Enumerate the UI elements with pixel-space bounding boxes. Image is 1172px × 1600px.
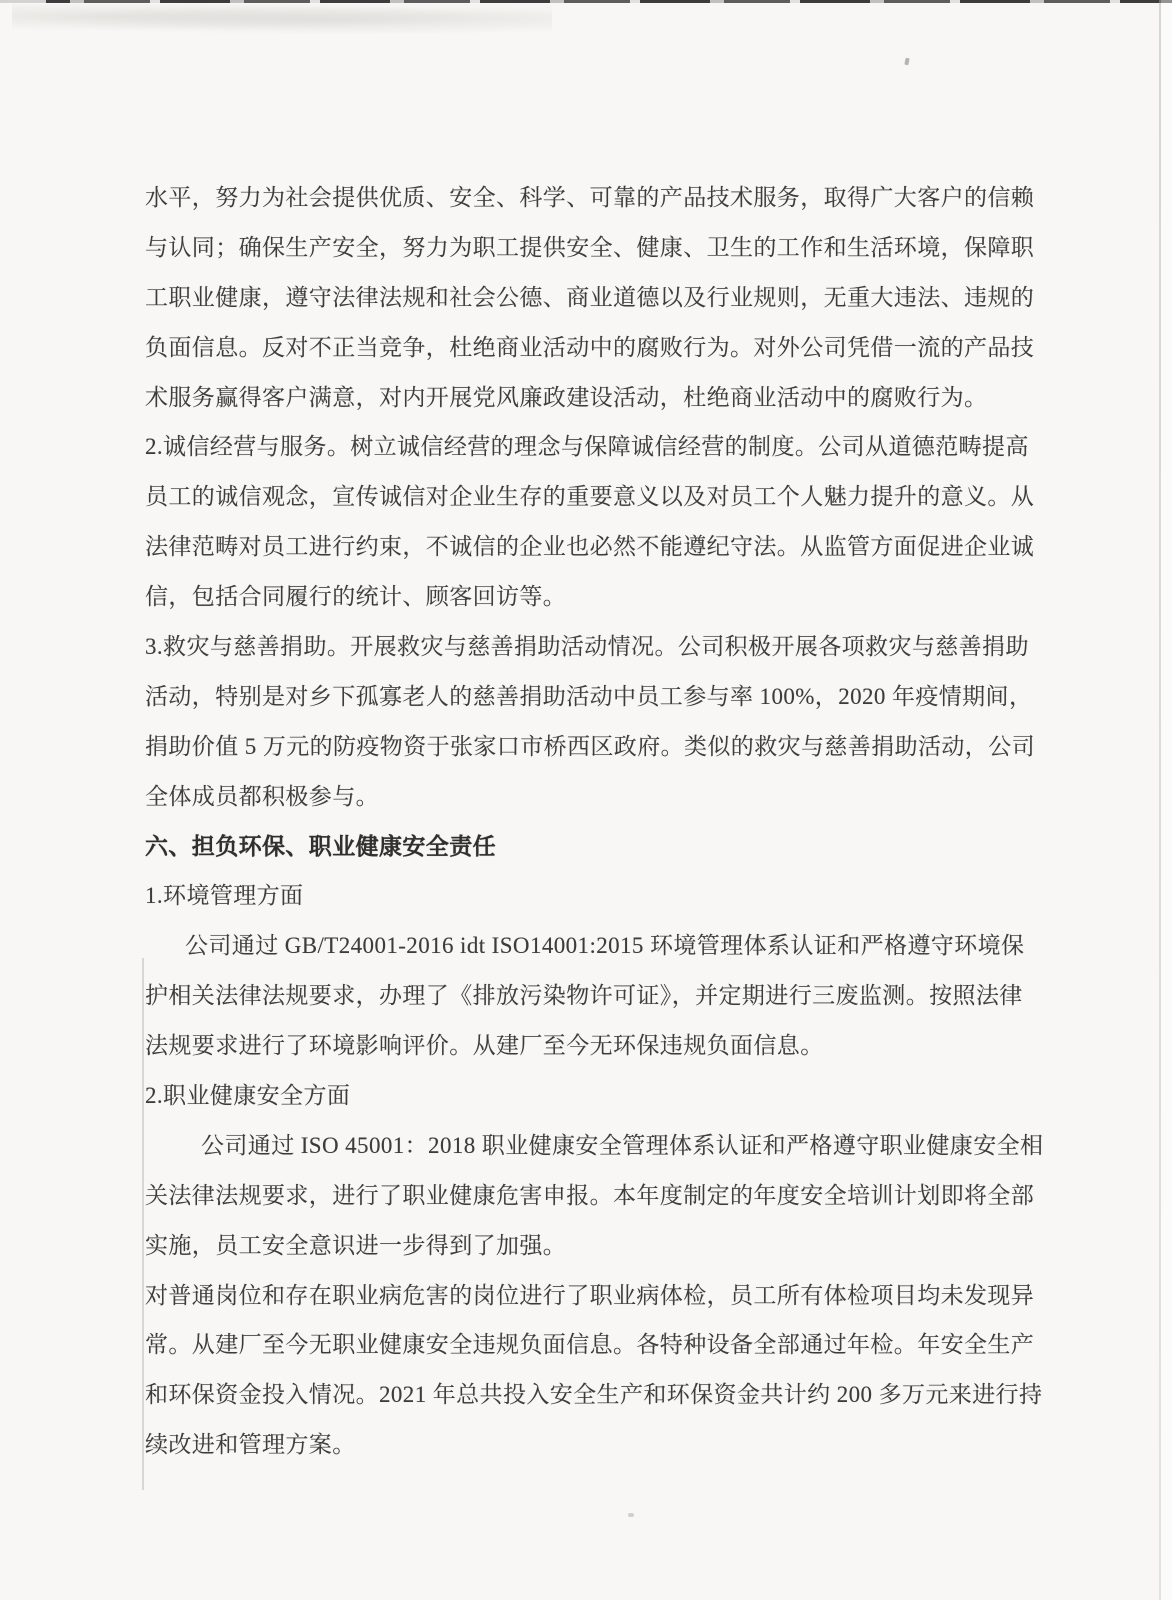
text-line: 信，包括合同履行的统计、顾客回访等。 [145,572,1035,622]
text-line: 工职业健康，遵守法律法规和社会公德、商业道德以及行业规则，无重大违法、违规的 [145,273,1035,323]
text-line: 护相关法律法规要求，办理了《排放污染物许可证》，并定期进行三废监测。按照法律 [145,971,1035,1021]
list-item-2-integrity: 2.诚信经营与服务。树立诚信经营的理念与保障诚信经营的制度。公司从道德范畴提高 [145,422,1035,472]
text-line: 与认同；确保生产安全，努力为职工提供安全、健康、卫生的工作和生活环境，保障职 [145,223,1035,273]
scanned-document-page: 水平，努力为社会提供优质、安全、科学、可靠的产品技术服务，取得广大客户的信赖 与… [0,0,1172,1600]
scan-smudge [12,4,552,34]
text-line: 和环保资金投入情况。2021 年总共投入安全生产和环保资金共计约 200 多万元… [145,1370,1035,1420]
text-line: 对普通岗位和存在职业病危害的岗位进行了职业病体检，员工所有体检项目均未发现异 [145,1271,1035,1321]
text-line: 公司通过 GB/T24001-2016 idt ISO14001:2015 环境… [145,921,1035,971]
text-line: 捐助价值 5 万元的防疫物资于张家口市桥西区政府。类似的救灾与慈善捐助活动，公司 [145,722,1035,772]
text-line: 常。从建厂至今无职业健康安全违规负面信息。各特种设备全部通过年检。年安全生产 [145,1320,1035,1370]
list-item-3-charity: 3.救灾与慈善捐助。开展救灾与慈善捐助活动情况。公司积极开展各项救灾与慈善捐助 [145,622,1035,672]
subsection-heading-occupational-health: 2.职业健康安全方面 [145,1071,1035,1121]
text-line: 续改进和管理方案。 [145,1420,1035,1470]
text-line: 员工的诚信观念，宣传诚信对企业生存的重要意义以及对员工个人魅力提升的意义。从 [145,472,1035,522]
scan-line-right [1159,0,1161,1600]
scan-speck [904,58,909,66]
text-line: 公司通过 ISO 45001：2018 职业健康安全管理体系认证和严格遵守职业健… [145,1121,1035,1171]
text-line: 实施，员工安全意识进一步得到了加强。 [145,1221,1035,1271]
subsection-heading-environment: 1.环境管理方面 [145,871,1035,921]
text-line: 全体成员都积极参与。 [145,772,1035,822]
scan-line-left [142,958,144,1490]
text-line: 法律范畴对员工进行约束，不诚信的企业也必然不能遵纪守法。从监管方面促进企业诚 [145,522,1035,572]
text-line: 负面信息。反对不正当竞争，杜绝商业活动中的腐败行为。对外公司凭借一流的产品技 [145,323,1035,373]
section-heading-six: 六、担负环保、职业健康安全责任 [145,822,1035,872]
text-line: 关法律法规要求，进行了职业健康危害申报。本年度制定的年度安全培训计划即将全部 [145,1171,1035,1221]
text-line: 水平，努力为社会提供优质、安全、科学、可靠的产品技术服务，取得广大客户的信赖 [145,173,1035,223]
document-text-block: 水平，努力为社会提供优质、安全、科学、可靠的产品技术服务，取得广大客户的信赖 与… [145,173,1035,1470]
scan-strip-right [1161,0,1172,1600]
text-line: 法规要求进行了环境影响评价。从建厂至今无环保违规负面信息。 [145,1021,1035,1071]
scan-edge-artifact [0,0,1172,3]
text-line: 术服务赢得客户满意，对内开展党风廉政建设活动，杜绝商业活动中的腐败行为。 [145,373,1035,423]
text-line: 活动，特别是对乡下孤寡老人的慈善捐助活动中员工参与率 100%，2020 年疫情… [145,672,1035,722]
scan-speck [628,1513,634,1517]
